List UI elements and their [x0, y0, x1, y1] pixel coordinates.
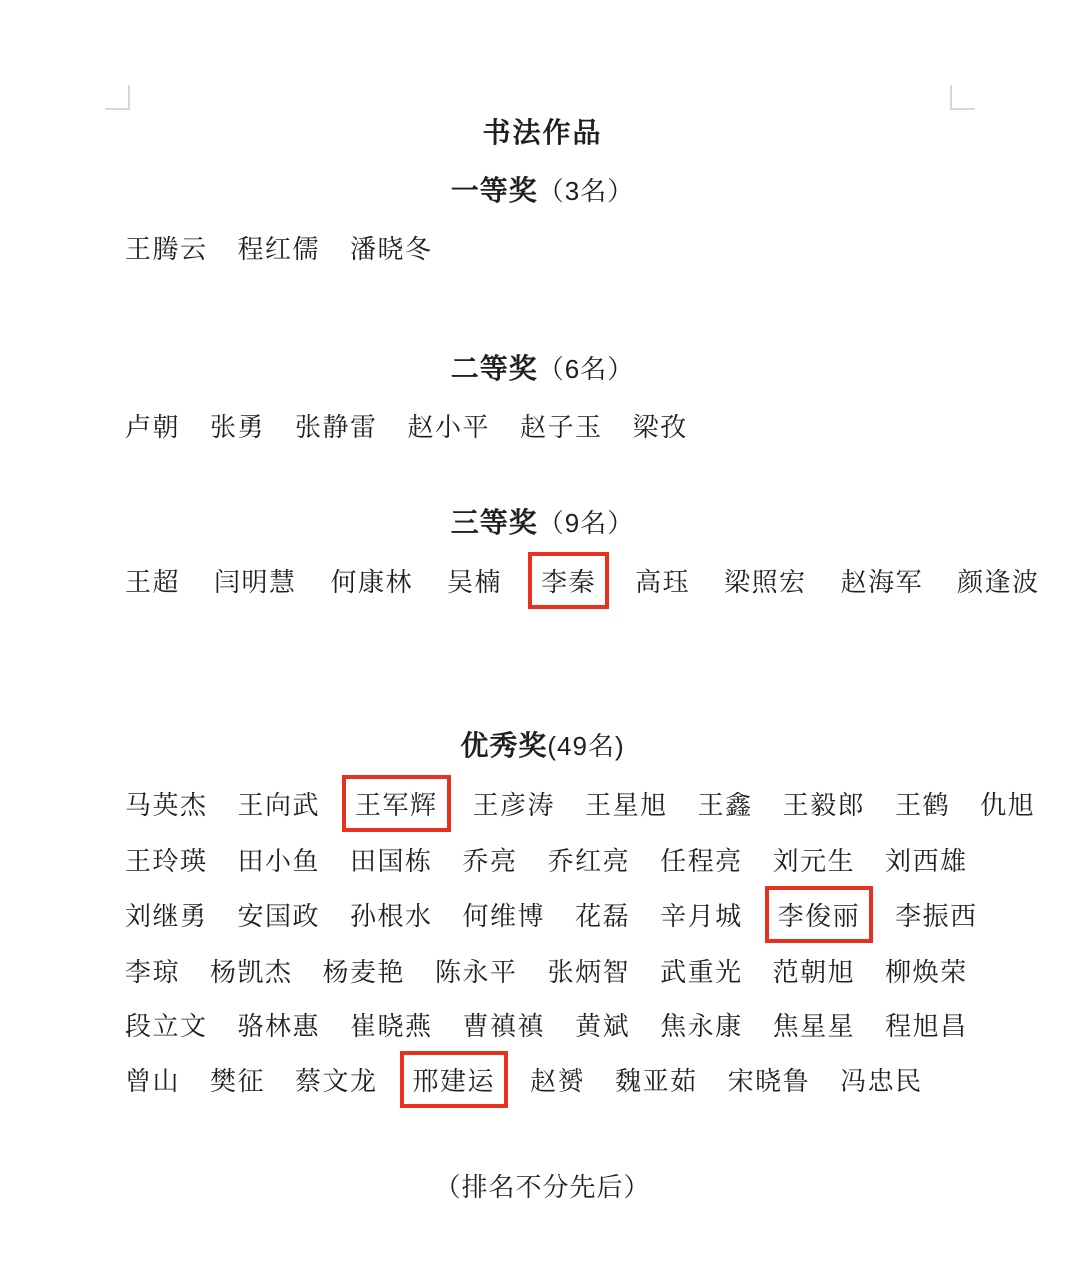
- name-item: 王鑫: [698, 785, 753, 822]
- name-item: 何康林: [331, 562, 414, 599]
- section-heading: 三等奖（9名）: [125, 502, 960, 544]
- highlighted-name: 李俊丽: [765, 886, 874, 943]
- award-label: 三等奖: [451, 507, 538, 538]
- name-item: 程旭昌: [885, 1006, 968, 1043]
- name-item: 赵子玉: [520, 407, 603, 444]
- name-item: 李琼: [125, 952, 180, 989]
- name-item: 樊征: [210, 1061, 265, 1098]
- name-item: 宋晓鲁: [728, 1061, 811, 1098]
- count-label: (49名): [547, 731, 624, 761]
- section-excellence-award: 优秀奖(49名) 马英杰王向武王军辉王彦涛王星旭王鑫王毅郎王鹤仇旭王玲瑛田小鱼田…: [125, 725, 960, 1108]
- name-item: 刘元生: [773, 841, 856, 878]
- name-item: 黄斌: [575, 1006, 630, 1043]
- name-item: 安国政: [238, 896, 321, 933]
- name-item: 曾山: [125, 1061, 180, 1098]
- name-item: 辛月城: [660, 896, 743, 933]
- name-item: 杨麦艳: [323, 952, 406, 989]
- name-row: 王玲瑛田小鱼田国栋乔亮乔红亮任程亮刘元生刘西雄: [125, 832, 960, 886]
- name-item: 王腾云: [125, 229, 208, 266]
- name-item: 梁孜: [633, 407, 688, 444]
- name-item: 田小鱼: [238, 841, 321, 878]
- name-item: 刘继勇: [125, 896, 208, 933]
- name-item: 高珏: [635, 562, 690, 599]
- name-rows: 马英杰王向武王军辉王彦涛王星旭王鑫王毅郎王鹤仇旭王玲瑛田小鱼田国栋乔亮乔红亮任程…: [125, 775, 960, 1108]
- name-row: 李琼杨凯杰杨麦艳陈永平张炳智武重光范朝旭柳焕荣: [125, 943, 960, 997]
- name-item: 曹禛禛: [463, 1006, 546, 1043]
- name-item: 赵海军: [841, 562, 924, 599]
- name-item: 闫明慧: [214, 562, 297, 599]
- name-item: 赵赟: [530, 1061, 585, 1098]
- name-item: 魏亚茹: [615, 1061, 698, 1098]
- name-rows: 王腾云程红儒潘晓冬: [125, 220, 960, 274]
- name-row: 马英杰王向武王军辉王彦涛王星旭王鑫王毅郎王鹤仇旭: [125, 775, 960, 832]
- name-item: 任程亮: [660, 841, 743, 878]
- name-row: 卢朝张勇张静雷赵小平赵子玉梁孜: [125, 398, 960, 452]
- document-page: 书法作品 一等奖（3名） 王腾云程红儒潘晓冬 二等奖（6名） 卢朝张勇张静雷赵小…: [0, 0, 1080, 1266]
- name-item: 武重光: [660, 952, 743, 989]
- highlighted-name: 李秦: [528, 552, 609, 609]
- name-item: 马英杰: [125, 785, 208, 822]
- name-item: 王玲瑛: [125, 841, 208, 878]
- name-row: 王超闫明慧何康林吴楠李秦高珏梁照宏赵海军颜逢波: [125, 552, 960, 609]
- name-item: 卢朝: [125, 407, 180, 444]
- name-row: 段立文骆林惠崔晓燕曹禛禛黄斌焦永康焦星星程旭昌: [125, 997, 960, 1051]
- name-rows: 卢朝张勇张静雷赵小平赵子玉梁孜: [125, 398, 960, 452]
- name-item: 柳焕荣: [885, 952, 968, 989]
- name-item: 程红儒: [238, 229, 321, 266]
- name-item: 张勇: [210, 407, 265, 444]
- name-item: 王彦涛: [473, 785, 556, 822]
- name-row: 王腾云程红儒潘晓冬: [125, 220, 960, 274]
- section-heading: 二等奖（6名）: [125, 348, 960, 390]
- name-item: 王毅郎: [783, 785, 866, 822]
- name-item: 陈永平: [435, 952, 518, 989]
- section-first-prize: 一等奖（3名） 王腾云程红儒潘晓冬: [125, 170, 960, 274]
- name-item: 王星旭: [585, 785, 668, 822]
- award-label: 二等奖: [451, 353, 538, 384]
- highlighted-name: 邢建运: [400, 1051, 509, 1108]
- name-item: 潘晓冬: [350, 229, 433, 266]
- section-third-prize: 三等奖（9名） 王超闫明慧何康林吴楠李秦高珏梁照宏赵海军颜逢波: [125, 502, 960, 609]
- name-item: 吴楠: [447, 562, 502, 599]
- name-item: 王向武: [238, 785, 321, 822]
- name-item: 蔡文龙: [295, 1061, 378, 1098]
- name-item: 乔红亮: [548, 841, 631, 878]
- name-item: 张静雷: [295, 407, 378, 444]
- name-item: 段立文: [125, 1006, 208, 1043]
- name-item: 李振西: [895, 896, 978, 933]
- name-item: 何维博: [463, 896, 546, 933]
- name-item: 花磊: [575, 896, 630, 933]
- name-item: 田国栋: [350, 841, 433, 878]
- name-item: 范朝旭: [773, 952, 856, 989]
- count-label: （6名）: [538, 354, 634, 384]
- award-label: 优秀奖: [460, 730, 547, 761]
- name-item: 焦永康: [660, 1006, 743, 1043]
- name-rows: 王超闫明慧何康林吴楠李秦高珏梁照宏赵海军颜逢波: [125, 552, 960, 609]
- section-heading: 优秀奖(49名): [125, 725, 960, 767]
- name-item: 杨凯杰: [210, 952, 293, 989]
- name-item: 赵小平: [408, 407, 491, 444]
- name-item: 梁照宏: [724, 562, 807, 599]
- highlighted-name: 王军辉: [342, 775, 451, 832]
- name-item: 冯忠民: [840, 1061, 923, 1098]
- section-second-prize: 二等奖（6名） 卢朝张勇张静雷赵小平赵子玉梁孜: [125, 348, 960, 452]
- name-item: 张炳智: [548, 952, 631, 989]
- name-item: 崔晓燕: [350, 1006, 433, 1043]
- name-item: 焦星星: [773, 1006, 856, 1043]
- name-item: 刘西雄: [885, 841, 968, 878]
- name-row: 刘继勇安国政孙根水何维博花磊辛月城李俊丽李振西: [125, 886, 960, 943]
- name-item: 王鹤: [895, 785, 950, 822]
- ranking-note: （排名不分先后）: [125, 1166, 960, 1208]
- name-row: 曾山樊征蔡文龙邢建运赵赟魏亚茹宋晓鲁冯忠民: [125, 1051, 960, 1108]
- section-heading: 一等奖（3名）: [125, 170, 960, 212]
- name-item: 孙根水: [350, 896, 433, 933]
- count-label: （9名）: [538, 508, 634, 538]
- name-item: 乔亮: [463, 841, 518, 878]
- count-label: （3名）: [538, 176, 634, 206]
- document-content: 书法作品 一等奖（3名） 王腾云程红儒潘晓冬 二等奖（6名） 卢朝张勇张静雷赵小…: [0, 0, 1080, 1208]
- name-item: 王超: [125, 562, 180, 599]
- page-title: 书法作品: [125, 112, 960, 154]
- name-item: 仇旭: [980, 785, 1035, 822]
- award-label: 一等奖: [451, 175, 538, 206]
- name-item: 颜逢波: [957, 562, 1040, 599]
- name-item: 骆林惠: [238, 1006, 321, 1043]
